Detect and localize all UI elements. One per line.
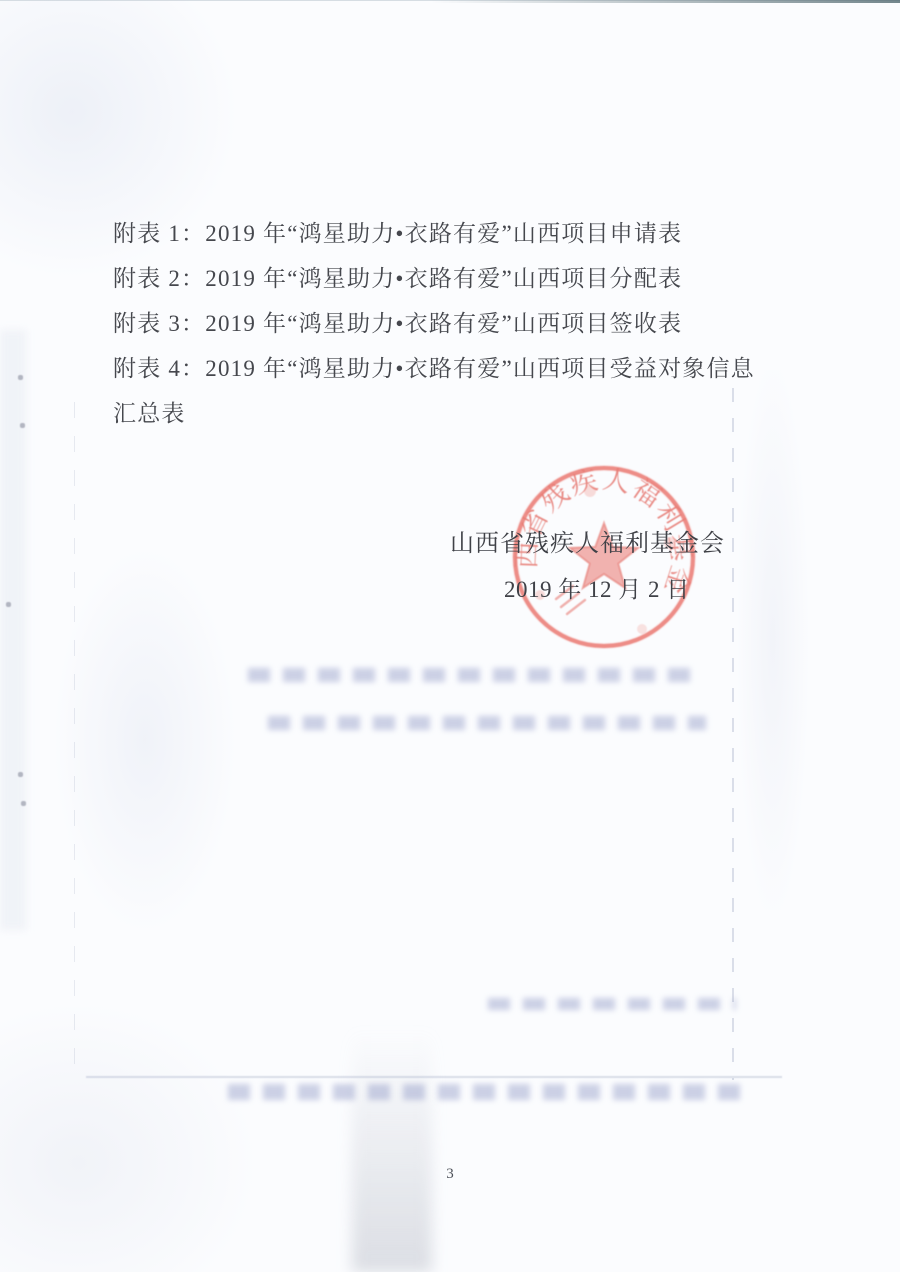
scan-fold-shadow bbox=[352, 1030, 432, 1272]
scanned-page: 附表 1：2019 年“鸿星助力•衣路有爱”山西项目申请表 附表 2：2019 … bbox=[0, 0, 900, 1272]
bleedthrough-vline bbox=[732, 388, 734, 1080]
scan-speck bbox=[6, 602, 11, 607]
page-number: 3 bbox=[438, 1166, 462, 1183]
scan-artifact bbox=[0, 330, 26, 930]
attachment-line: 附表 1：2019 年“鸿星助力•衣路有爱”山西项目申请表 bbox=[113, 211, 833, 256]
bleedthrough-text bbox=[248, 668, 700, 682]
scan-speck bbox=[20, 423, 25, 428]
scan-speck bbox=[18, 375, 23, 380]
scan-speck bbox=[18, 772, 23, 777]
bleedthrough-text bbox=[228, 1084, 746, 1100]
attachment-line-wrap: 汇总表 bbox=[113, 391, 833, 436]
signature-date: 2019 年 12 月 2 日 bbox=[504, 571, 690, 604]
attachment-line: 附表 2：2019 年“鸿星助力•衣路有爱”山西项目分配表 bbox=[113, 256, 833, 301]
scan-artifact bbox=[55, 550, 235, 930]
attachment-line: 附表 3：2019 年“鸿星助力•衣路有爱”山西项目签收表 bbox=[113, 301, 833, 346]
scan-edge bbox=[430, 0, 900, 3]
bleedthrough-text bbox=[488, 998, 736, 1010]
bleedthrough-vline bbox=[74, 402, 75, 1078]
signature-organization: 山西省残疾人福利基金会 bbox=[450, 523, 725, 558]
scan-edge bbox=[0, 0, 900, 1]
bleedthrough-text bbox=[268, 716, 706, 730]
scan-artifact bbox=[738, 370, 808, 910]
attachment-list: 附表 1：2019 年“鸿星助力•衣路有爱”山西项目申请表 附表 2：2019 … bbox=[113, 211, 833, 436]
scan-artifact bbox=[0, 1000, 260, 1272]
attachment-line: 附表 4：2019 年“鸿星助力•衣路有爱”山西项目受益对象信息 bbox=[113, 346, 833, 391]
bleedthrough-hline bbox=[86, 1076, 782, 1078]
scan-speck bbox=[21, 801, 26, 806]
